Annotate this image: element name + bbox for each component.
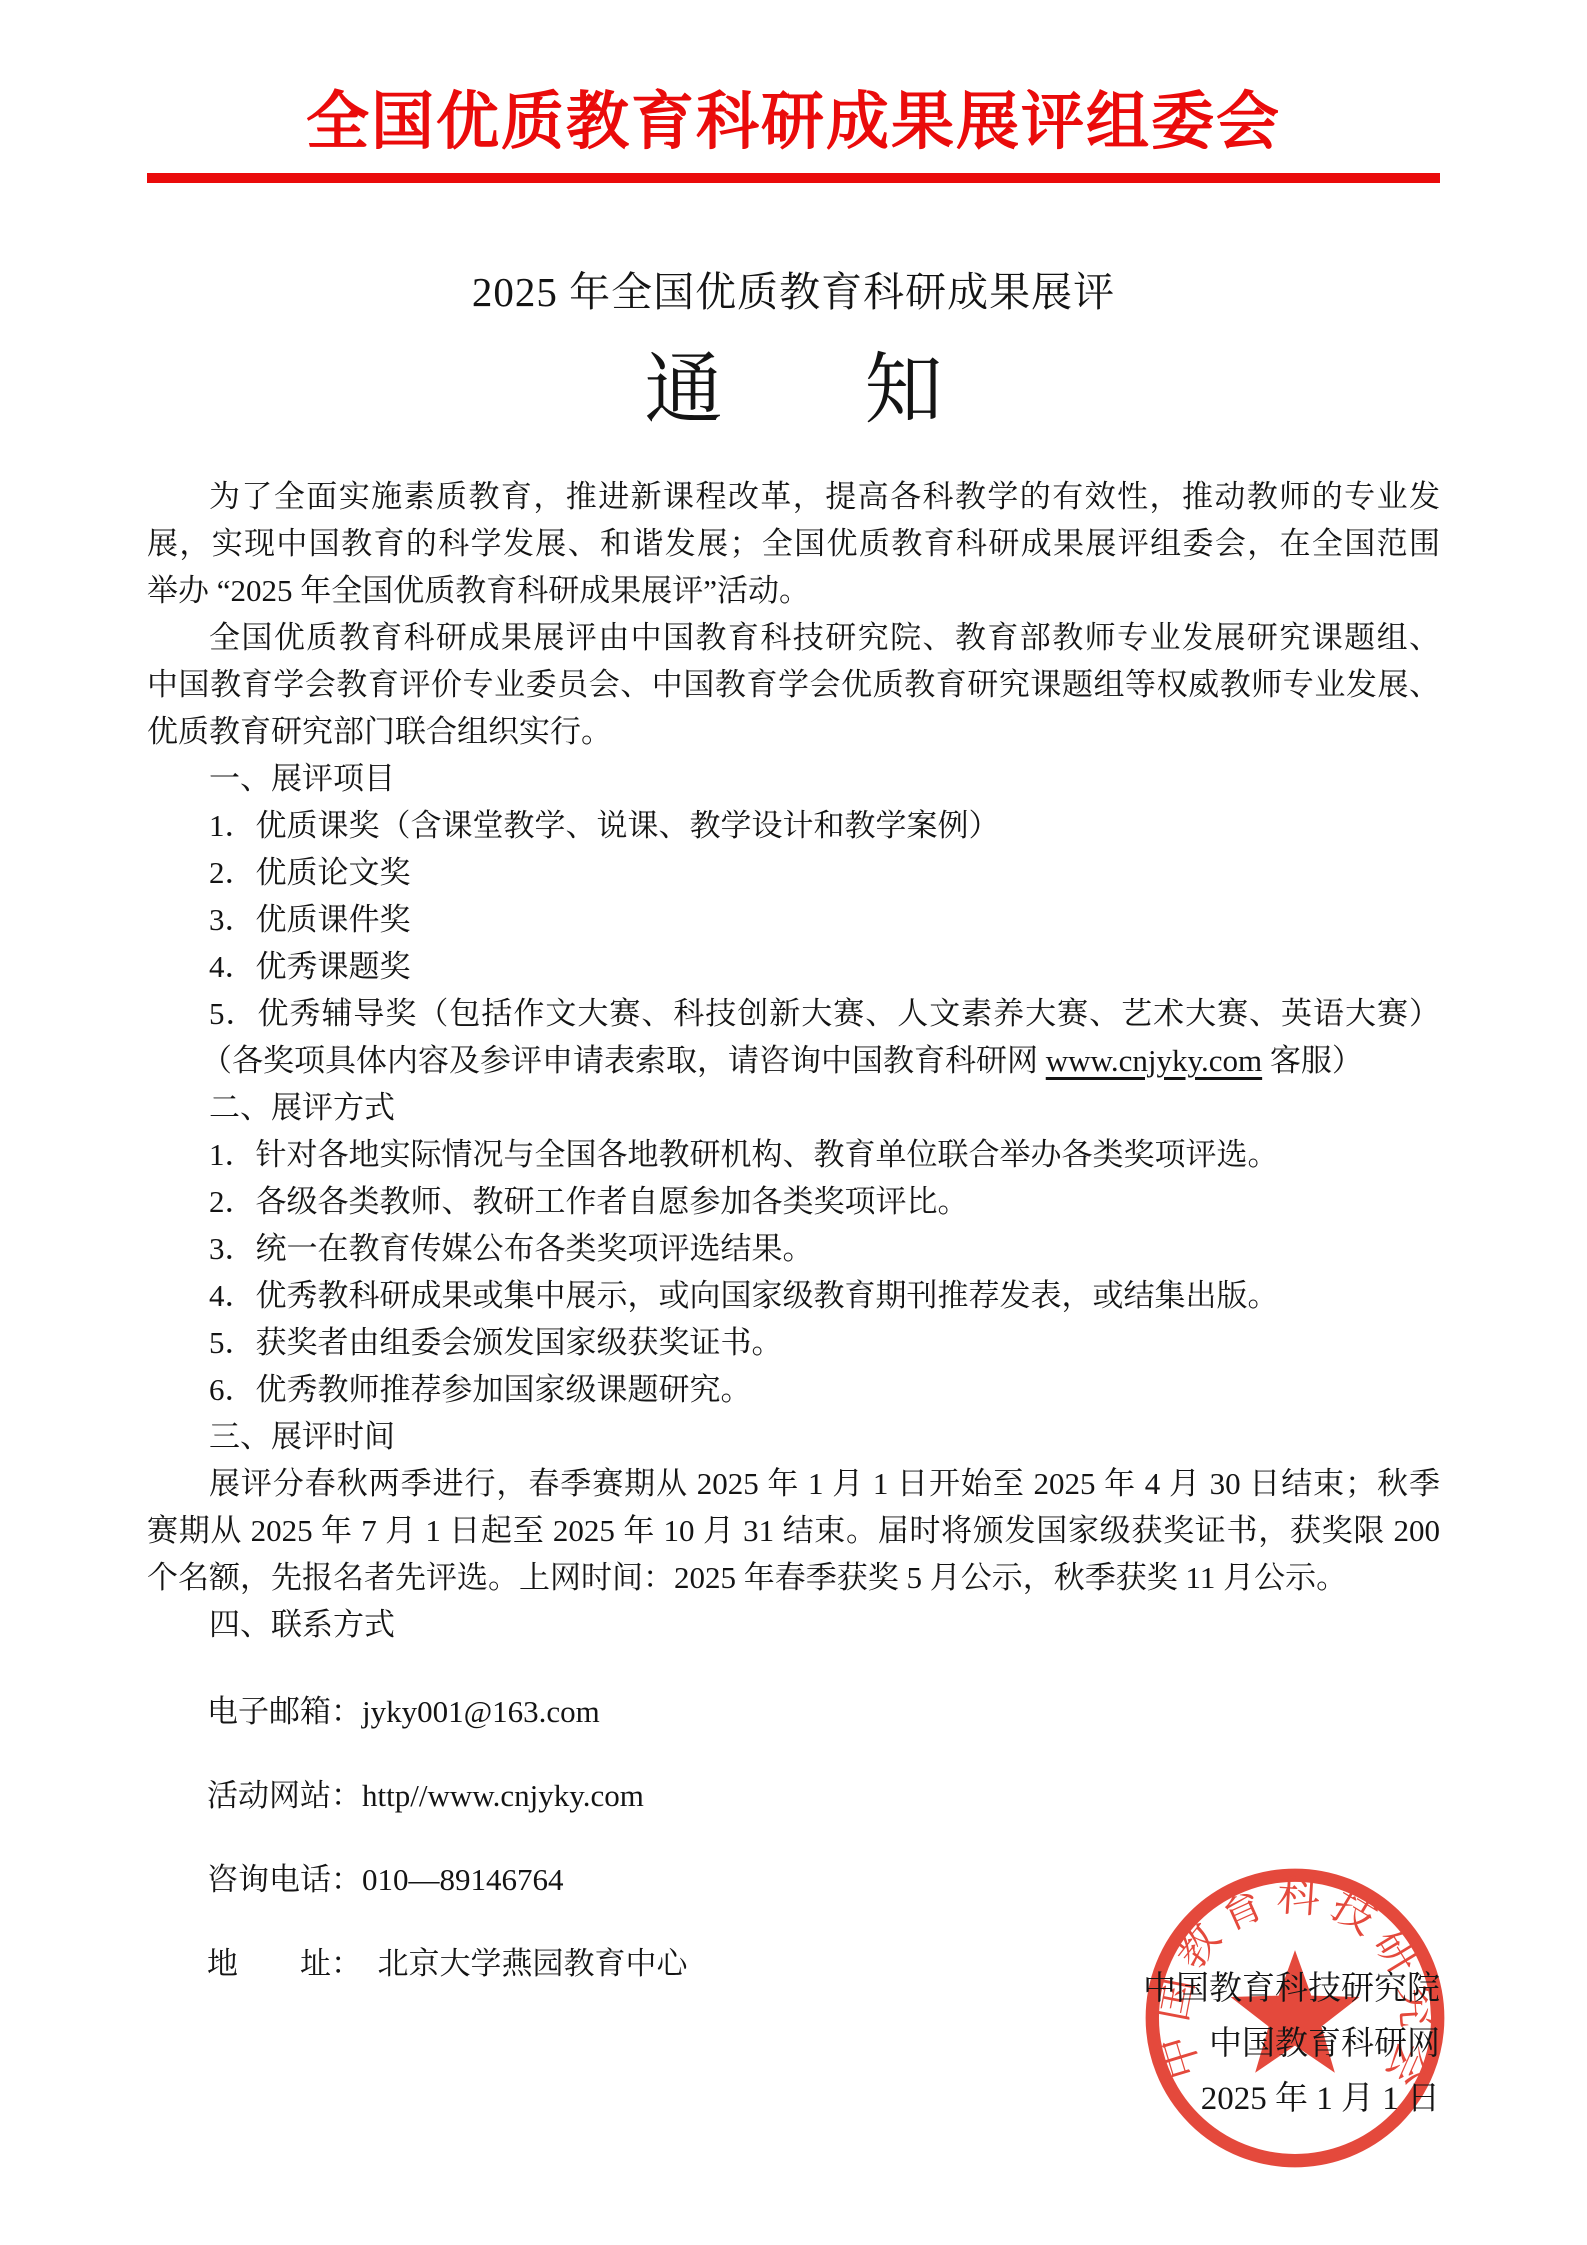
paragraph-line: 为了全面实施素质教育，推进新课程改革，提高各科教学的有效性，推动教师的专业发 [147,473,1440,520]
paragraph-line: 赛期从 2025 年 7 月 1 日起至 2025 年 10 月 31 结束。届… [147,1507,1440,1554]
header-divider-rule [147,173,1440,183]
paragraph-line: 展评分春秋两季进行，春季赛期从 2025 年 1 月 1 日开始至 2025 年… [147,1460,1440,1507]
award-note-line: （各奖项具体内容及参评申请表索取，请咨询中国教育科研网 www.cnjyky.c… [147,1037,1440,1084]
org-header-title: 全国优质教育科研成果展评组委会 [147,0,1440,158]
list-item: 6．优秀教师推荐参加国家级课题研究。 [147,1366,1440,1413]
list-item: 4．优秀教科研成果或集中展示，或向国家级教育期刊推荐发表，或结集出版。 [147,1272,1440,1319]
award-note-prefix: （各奖项具体内容及参评申请表索取，请咨询中国教育科研网 [201,1043,1046,1078]
list-item: 2．优质论文奖 [147,849,1440,896]
list-item: 1．针对各地实际情况与全国各地教研机构、教育单位联合举办各类奖项评选。 [147,1131,1440,1178]
document-page: 全国优质教育科研成果展评组委会 2025 年全国优质教育科研成果展评 通 知 为… [0,0,1587,2245]
paragraph-line: 举办 “2025 年全国优质教育科研成果展评”活动。 [147,567,1440,614]
list-item: 3．统一在教育传媒公布各类奖项评选结果。 [147,1225,1440,1272]
list-item: 5．获奖者由组委会颁发国家级获奖证书。 [147,1319,1440,1366]
signoff-org-1: 中国教育科技研究院 [1143,1962,1440,2017]
section-heading-schedule: 三、展评时间 [147,1413,1440,1460]
signoff-date: 2025 年 1 月 1 日 [1143,2072,1440,2127]
signoff-block: 中国教育科技研究院 中国教育科研网 2025 年 1 月 1 日 [1143,1962,1440,2127]
list-item: 2．各级各类教师、教研工作者自愿参加各类奖项评比。 [147,1178,1440,1225]
paragraph-line: 展，实现中国教育的科学发展、和谐发展；全国优质教育科研成果展评组委会，在全国范围 [147,520,1440,567]
notice-title: 通 知 [147,341,1440,439]
notice-body: 为了全面实施素质教育，推进新课程改革，提高各科教学的有效性，推动教师的专业发 展… [147,473,1440,1648]
signoff-org-2: 中国教育科研网 [1143,2017,1440,2072]
paragraph-line: 优质教育研究部门联合组织实行。 [147,708,1440,755]
event-subtitle: 2025 年全国优质教育科研成果展评 [147,267,1440,317]
paragraph-line: 个名额，先报名者先评选。上网时间：2025 年春季获奖 5 月公示，秋季获奖 1… [147,1554,1440,1601]
award-note-suffix: 客服） [1262,1043,1363,1078]
list-item: 1．优质课奖（含课堂教学、说课、教学设计和教学案例） [147,802,1440,849]
notice-title-char-left: 通 [644,341,722,439]
paragraph-line: 中国教育学会教育评价专业委员会、中国教育学会优质教育研究课题组等权威教师专业发展… [147,661,1440,708]
award-note-url: www.cnjyky.com [1046,1043,1262,1078]
list-item: 4．优秀课题奖 [147,943,1440,990]
contact-email: 电子邮箱：jyky001@163.com [147,1688,1440,1735]
section-heading-projects: 一、展评项目 [147,755,1440,802]
section-heading-method: 二、展评方式 [147,1084,1440,1131]
list-item: 3．优质课件奖 [147,896,1440,943]
section-heading-contact: 四、联系方式 [147,1601,1440,1648]
list-item: 5．优秀辅导奖（包括作文大赛、科技创新大赛、人文素养大赛、艺术大赛、英语大赛） [147,990,1440,1037]
contact-website: 活动网站：http//www.cnjyky.com [147,1772,1440,1819]
notice-title-char-right: 知 [865,341,943,439]
paragraph-line: 全国优质教育科研成果展评由中国教育科技研究院、教育部教师专业发展研究课题组、 [147,614,1440,661]
